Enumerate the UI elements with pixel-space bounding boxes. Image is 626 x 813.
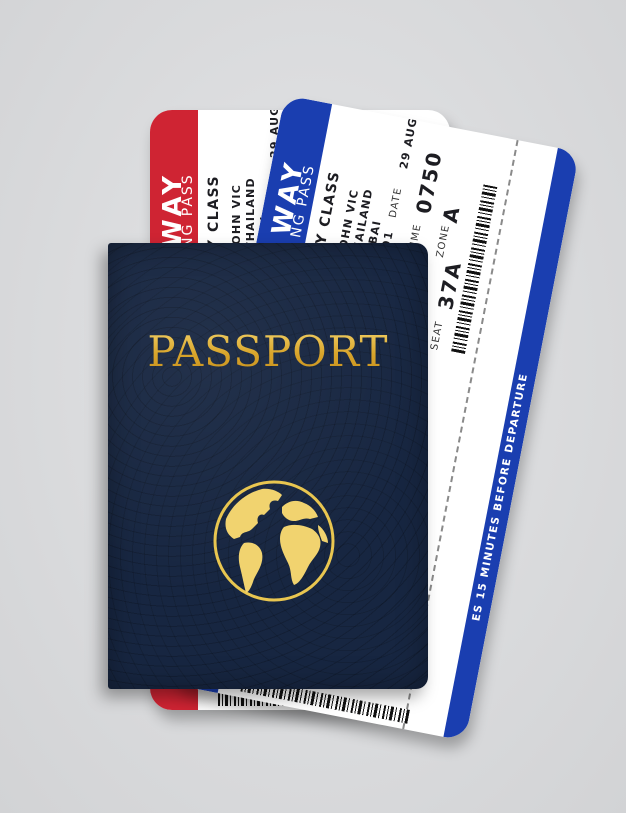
zone-label: ZONE	[435, 224, 452, 259]
seat-label: SEAT	[429, 320, 445, 351]
travel-documents-scene: WAY NG PASS Y CLASS JOHN VIC THAILAND UB…	[0, 0, 626, 813]
ticket-class: Y CLASS	[206, 175, 222, 250]
passport-cover: PASSPORT	[108, 243, 428, 689]
zone-value: A	[438, 203, 465, 225]
date-label: DATE	[388, 186, 405, 218]
passenger-name: JOHN VIC	[230, 184, 244, 250]
boarding-notice: ES 15 MINUTES BEFORE DEPARTURE	[470, 372, 530, 622]
passport-title: PASSPORT	[108, 327, 428, 376]
date-value: 29 AUG	[397, 116, 421, 170]
globe-icon	[212, 479, 336, 603]
ticket-brand-sub: NG PASS	[180, 173, 196, 248]
